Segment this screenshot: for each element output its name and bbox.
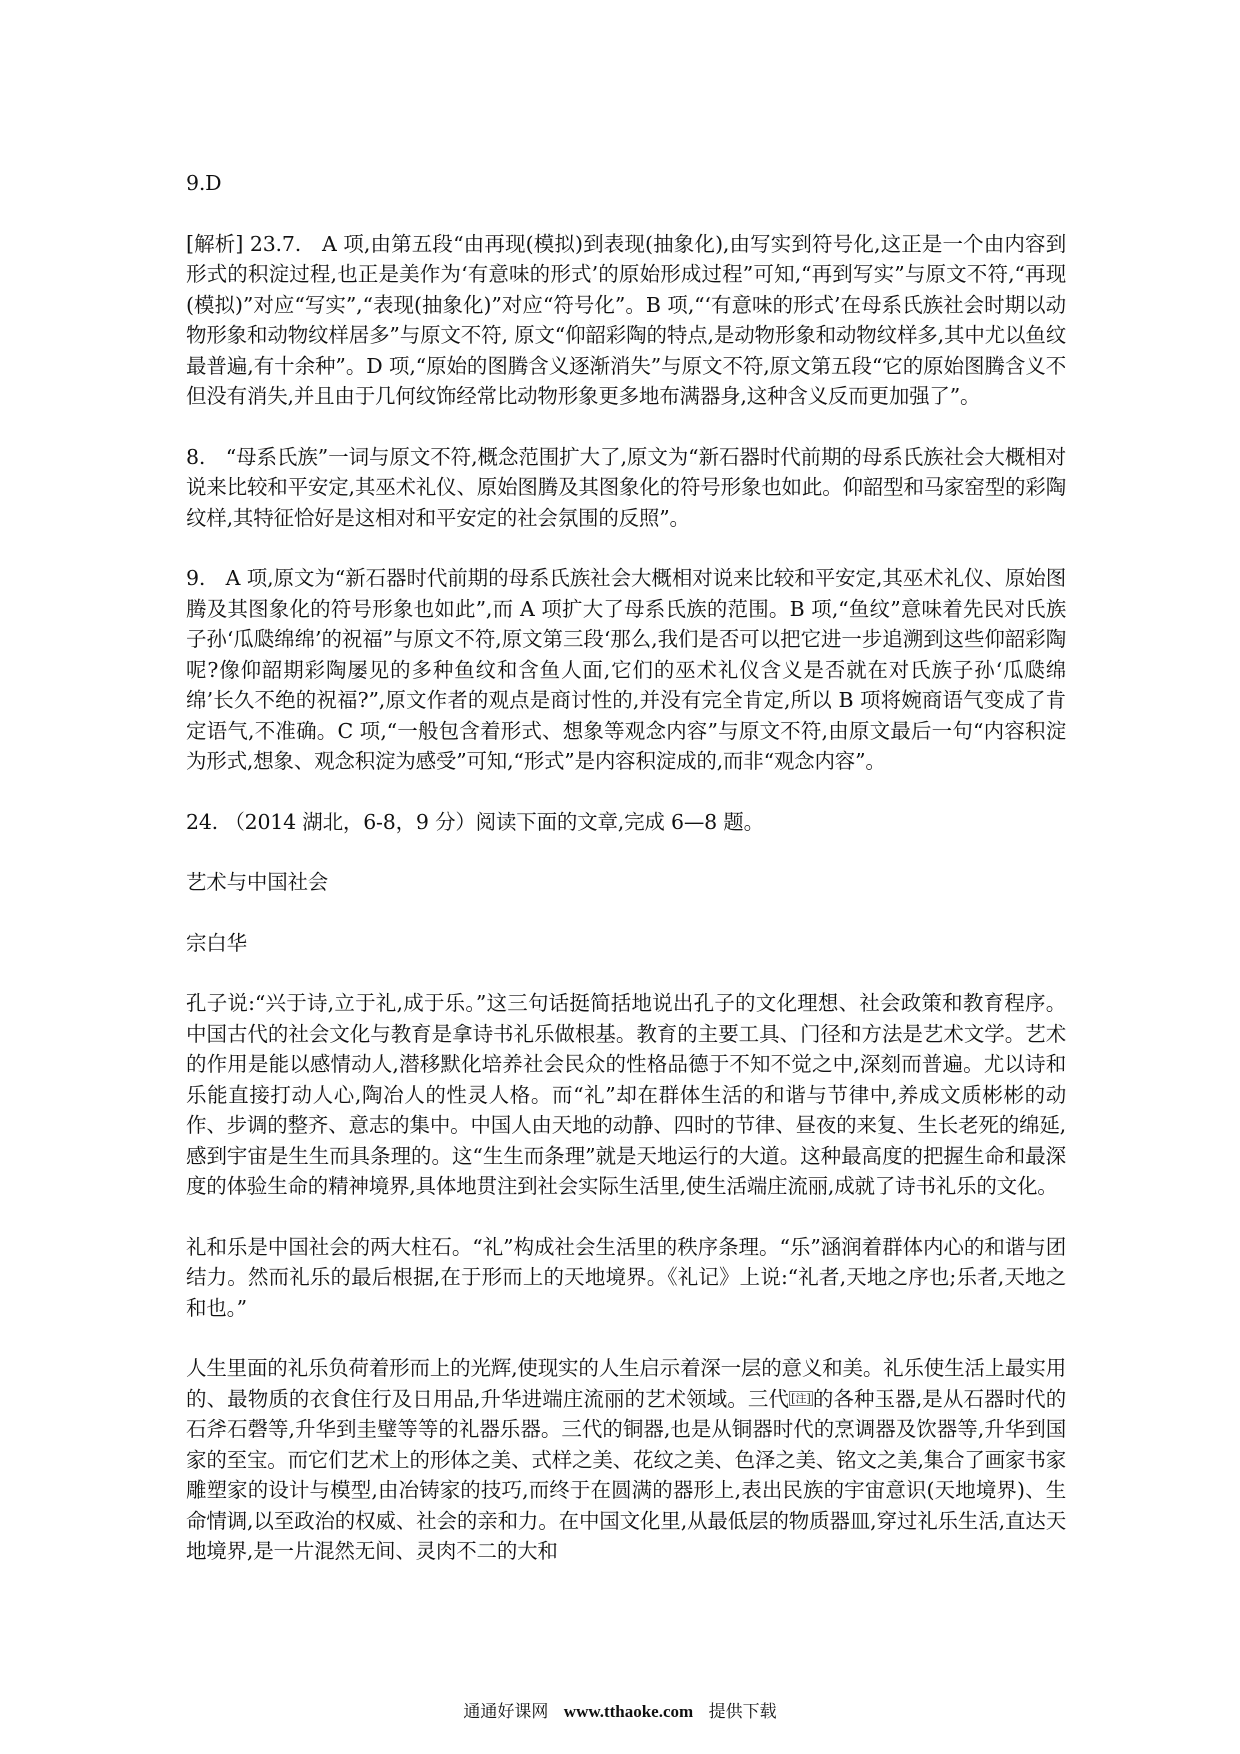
- article-paragraph-1: 孔子说:“兴于诗,立于礼,成于乐。”这三句话挺简括地说出孔子的文化理想、社会政策…: [186, 988, 1066, 1202]
- article-title: 艺术与中国社会: [186, 867, 1066, 898]
- footer-suffix: 提供下载: [709, 1702, 777, 1722]
- article-author: 宗白华: [186, 928, 1066, 959]
- question-24-heading: 24. （2014 湖北，6-8，9 分）阅读下面的文章,完成 6—8 题。: [186, 807, 1066, 838]
- article-paragraph-3: 人生里面的礼乐负荷着形而上的光辉,使现实的人生启示着深一层的意义和美。礼乐使生活…: [186, 1353, 1066, 1567]
- article-paragraph-2: 礼和乐是中国社会的两大柱石。“礼”构成社会生活里的秩序条理。“乐”涵润着群体内心…: [186, 1232, 1066, 1324]
- document-page: 9.D [解析] 23.7. A 项,由第五段“由再现(模拟)到表现(抽象化),…: [186, 168, 1066, 1567]
- footer-url[interactable]: www.tthaoke.com: [564, 1702, 693, 1721]
- analysis-paragraph: [解析] 23.7. A 项,由第五段“由再现(模拟)到表现(抽象化),由写实到…: [186, 229, 1066, 412]
- page-footer: 通通好课网 www.tthaoke.com 提供下载: [0, 1697, 1240, 1722]
- footer-site-name: 通通好课网: [463, 1702, 548, 1722]
- answer-line: 9.D: [186, 168, 1066, 199]
- footnote-marker: [注]: [789, 1391, 813, 1406]
- answer-item-9: 9. A 项,原文为“新石器时代前期的母系氏族社会大概相对说来比较和平安定,其巫…: [186, 563, 1066, 777]
- article-paragraph-3-part-2: 的各种玉器,是从石器时代的石斧石磬等,升华到圭璧等等的礼器乐器。三代的铜器,也是…: [186, 1387, 1066, 1564]
- answer-item-8: 8. “母系氏族”一词与原文不符,概念范围扩大了,原文为“新石器时代前期的母系氏…: [186, 442, 1066, 534]
